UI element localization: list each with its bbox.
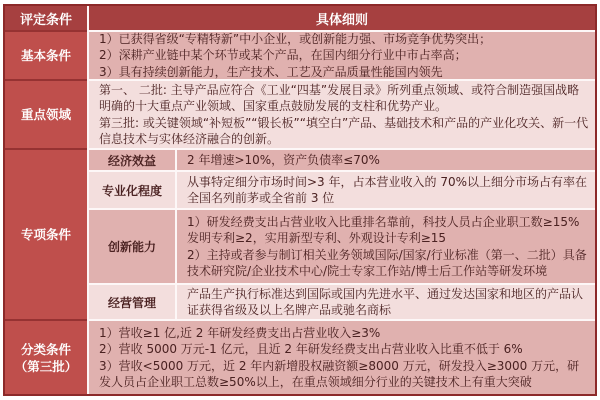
sublabel-specialization-degree: 专业化程度 [89,172,175,208]
key-fields-item-2: 第三批: 或关键领域“补短板”“锻长板”“填空白”产品、基础技术和产品的产业化攻… [99,115,589,147]
row-label-key-fields: 重点领域 [5,81,87,148]
basic-conditions-label: 基本条件 [21,47,71,64]
evaluation-criteria-table: 评定条件 具体细则 基本条件 1）已获得省级“专精特新”中小企业，或创新能力强、… [3,4,597,396]
cell-key-fields-details: 第一、 二批: 主导产品应符合《工业“四基”发展目录》所列重点领域、或符合制造强… [89,81,595,148]
operation-management-item: 产品生产执行标准达到国际或国内先进水平、通过发达国家和地区的产品认证获得省级及以… [187,286,589,318]
key-fields-label: 重点领域 [21,106,71,123]
classification-item-1: 1）营收≥1 亿,近 2 年研发经费支出占营业收入≥3% [99,325,589,341]
specialization-item: 从事特定细分市场时间>3 年，占本营业收入的 70%以上细分市场占有率在全国名列… [187,174,589,206]
special-conditions-label: 专项条件 [21,226,71,243]
specialization-degree-label: 专业化程度 [102,182,162,199]
header-cell-details: 具体细则 [89,6,595,30]
innovation-capability-label: 创新能力 [108,238,156,255]
operation-management-label: 经营管理 [108,294,156,311]
basic-item-2: 2）深耕产业链中某个环节或某个产品，在国内细分行业中市占率高； [99,47,589,63]
cell-specialization-degree-details: 从事特定细分市场时间>3 年，占本营业收入的 70%以上细分市场占有率在全国名列… [177,172,595,208]
innovation-item-1: 1）研发经费支出占营业收入比重排名靠前，科技人员占企业职工数≥15%发明专利≥2… [187,214,589,246]
cell-economic-benefit-details: 2 年增速>10%，资产负债率≤70% [177,150,595,170]
sublabel-economic-benefit: 经济效益 [89,150,175,170]
economic-benefit-label: 经济效益 [108,152,156,169]
header-cell-criteria: 评定条件 [5,6,87,30]
row-label-classification-conditions: 分类条件 （第三批） [5,321,87,394]
row-label-special-conditions: 专项条件 [5,150,87,319]
key-fields-item-1: 第一、 二批: 主导产品应符合《工业“四基”发展目录》所列重点领域、或符合制造强… [99,82,589,114]
classification-label-line2: （第三批） [15,358,78,375]
basic-item-1: 1）已获得省级“专精特新”中小企业，或创新能力强、市场竞争优势突出； [99,32,589,47]
sublabel-operation-management: 经营管理 [89,285,175,319]
cell-classification-details: 1）营收≥1 亿,近 2 年研发经费支出占营业收入≥3% 2）营收 5000 万… [89,321,595,394]
classification-item-3: 3）营收<5000 万元，近 2 年内新增股权融资额≥8000 万元，研发投入≥… [99,358,589,390]
cell-operation-management-details: 产品生产执行标准达到国际或国内先进水平、通过发达国家和地区的产品认证获得省级及以… [177,285,595,319]
basic-item-3: 3）具有持续创新能力，生产技术、工艺及产品质量性能国内领先 [99,64,589,79]
innovation-item-2: 2）主持或者参与制订相关业务领域国际/国家/行业标准（第一、二批）具备技术研究院… [187,247,589,279]
header-criteria-label: 评定条件 [20,9,72,28]
cell-innovation-capability-details: 1）研发经费支出占营业收入比重排名靠前，科技人员占企业职工数≥15%发明专利≥2… [177,210,595,283]
classification-label-line1: 分类条件 [21,341,71,358]
classification-item-2: 2）营收 5000 万元-1 亿元，且近 2 年研发经费支出占营业收入比重不低于… [99,341,589,357]
row-label-basic-conditions: 基本条件 [5,32,87,79]
sublabel-innovation-capability: 创新能力 [89,210,175,283]
header-details-label: 具体细则 [316,9,368,28]
cell-basic-conditions-details: 1）已获得省级“专精特新”中小企业，或创新能力强、市场竞争优势突出； 2）深耕产… [89,32,595,79]
economic-benefit-item: 2 年增速>10%，资产负债率≤70% [187,152,589,168]
table-grid: 评定条件 具体细则 基本条件 1）已获得省级“专精特新”中小企业，或创新能力强、… [5,6,595,394]
